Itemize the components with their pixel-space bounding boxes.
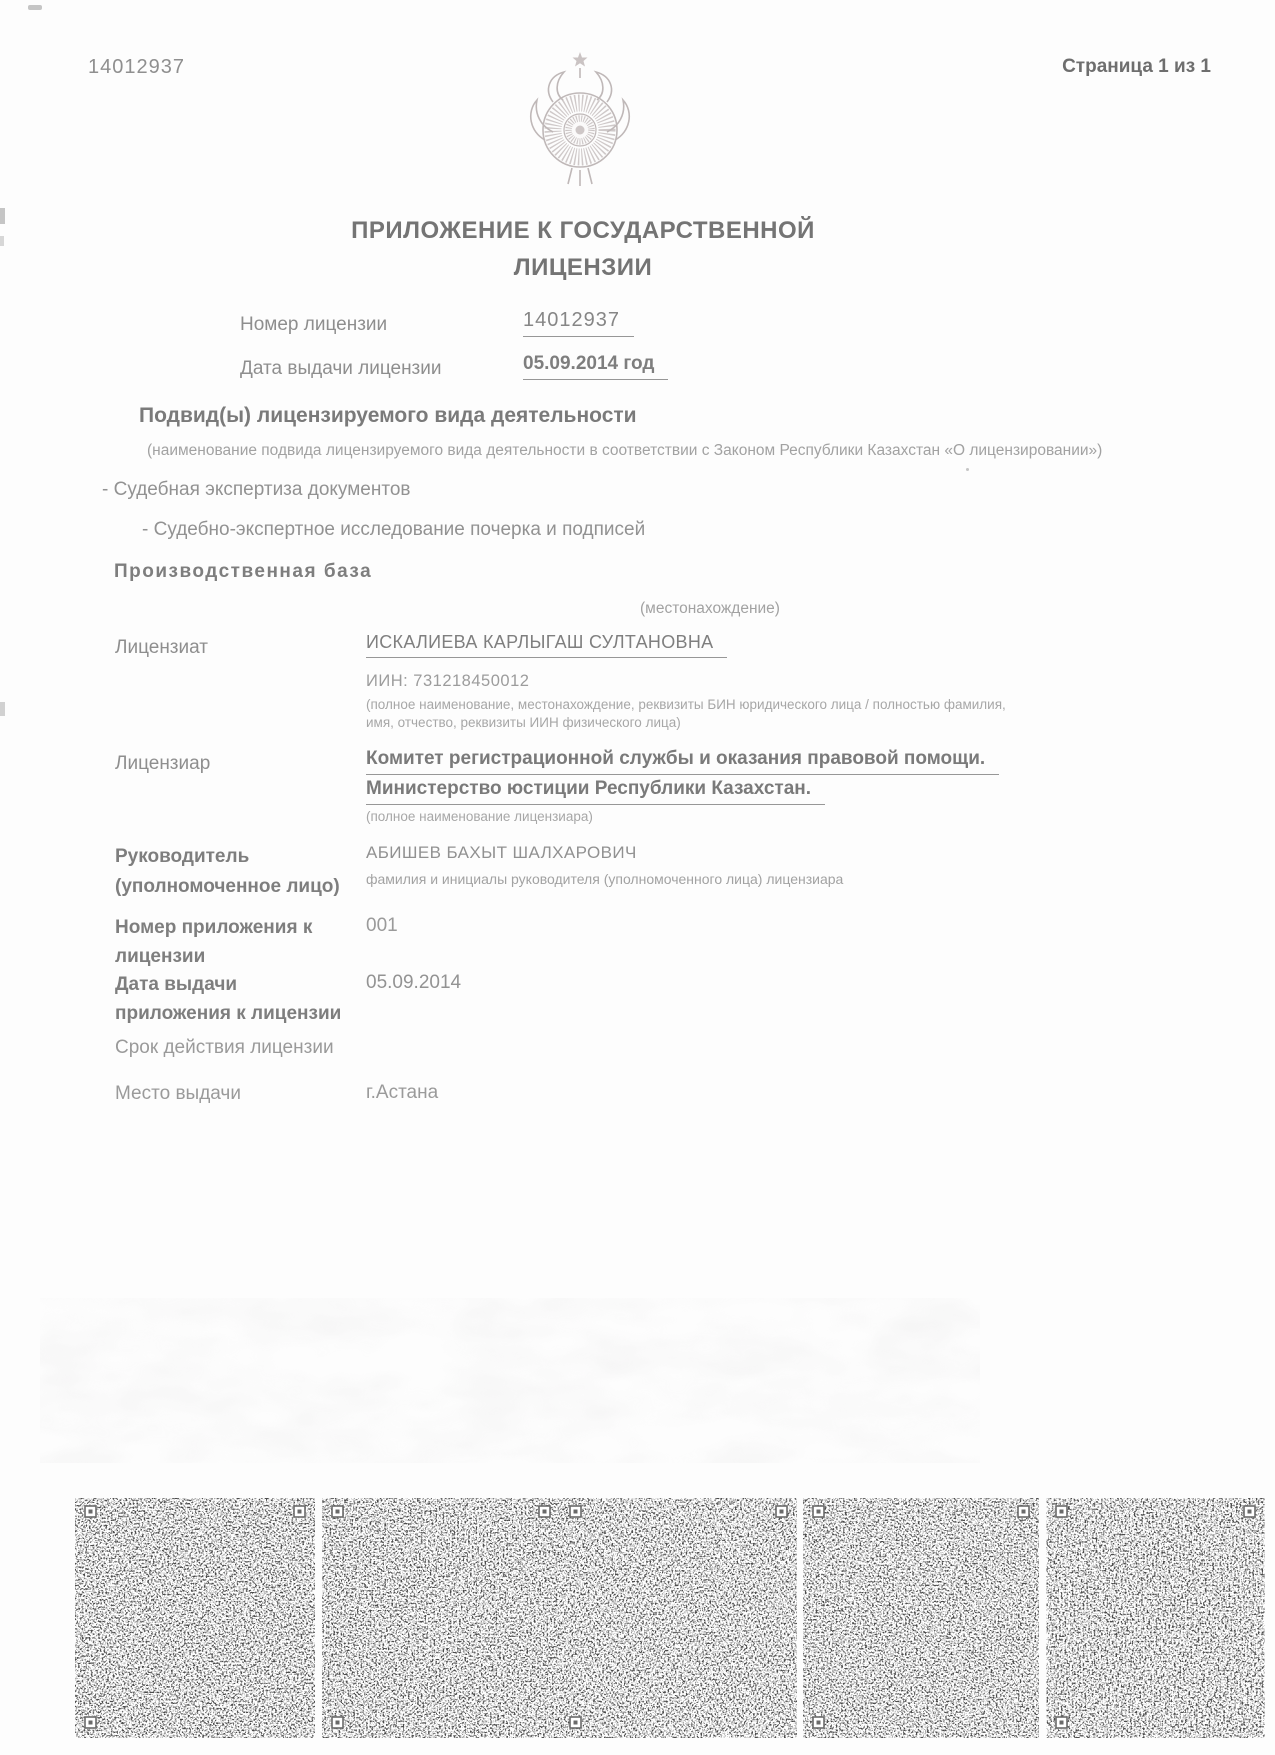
- issue-place-label: Место выдачи: [115, 1082, 241, 1107]
- head-label-line1: Руководитель: [115, 842, 249, 871]
- head-name: АБИШЕВ БАХЫТ ШАЛХАРОВИЧ: [366, 843, 637, 863]
- attachment-date-value: 05.09.2014: [366, 972, 461, 994]
- page-indicator: Страница 1 из 1: [1062, 56, 1211, 78]
- scan-artifact: [28, 5, 42, 10]
- scan-noise-band: [40, 1298, 980, 1463]
- licensee-note-line2: имя, отчество, реквизиты ИИН физического…: [366, 714, 681, 732]
- licensee-iin: ИИН: 731218450012: [366, 672, 529, 691]
- document-title: ПРИЛОЖЕНИЕ К ГОСУДАРСТВЕННОЙ ЛИЦЕНЗИИ: [0, 212, 1166, 286]
- subtype-item: - Судебная экспертиза документов: [102, 478, 410, 503]
- licensor-label: Лицензиар: [115, 752, 210, 777]
- attachment-date-label: Дата выдачи приложения к лицензии: [115, 970, 350, 1029]
- doc-number: 14012937: [88, 56, 185, 79]
- document-title-line2: ЛИЦЕНЗИИ: [0, 249, 1166, 286]
- qr-noise-block: [1053, 1503, 1258, 1731]
- qr-noise-block: [810, 1503, 1032, 1731]
- document-title-line1: ПРИЛОЖЕНИЕ К ГОСУДАРСТВЕННОЙ: [0, 212, 1166, 249]
- kazakhstan-coat-of-arms-icon: [514, 48, 646, 190]
- head-note: фамилия и инициалы руководителя (уполном…: [366, 871, 843, 887]
- scanned-license-attachment-page: 14012937 Страница 1 из 1 ПРИЛОЖЕНИЕ К ГО…: [0, 0, 1275, 1755]
- barcode-strip: [0, 1498, 1275, 1743]
- licensor-name-line1: Комитет регистрационной службы и оказани…: [366, 748, 999, 775]
- location-note: (местонахождение): [640, 600, 780, 618]
- subtype-section-note: (наименование подвида лицензируемого вид…: [147, 442, 1102, 460]
- license-issue-date-label: Дата выдачи лицензии: [240, 357, 442, 382]
- validity-label: Срок действия лицензии: [115, 1036, 334, 1061]
- attachment-number-label: Номер приложения к лицензии: [115, 913, 350, 972]
- subtype-item: - Судебно-экспертное исследование почерк…: [142, 518, 645, 543]
- license-issue-date-value: 05.09.2014 год: [523, 353, 668, 380]
- licensor-name-line2: Министерство юстиции Республики Казахста…: [366, 778, 825, 805]
- scan-artifact: [966, 468, 969, 471]
- head-label-line2: (уполномоченное лицо): [115, 872, 340, 901]
- licensee-note-line1: (полное наименование, местонахождение, р…: [366, 696, 1006, 714]
- license-number-value: 14012937: [523, 309, 634, 337]
- attachment-number-value: 001: [366, 915, 398, 937]
- licensee-label: Лицензиат: [115, 636, 208, 661]
- license-number-label: Номер лицензии: [240, 313, 387, 338]
- licensor-note: (полное наименование лицензиара): [366, 808, 593, 826]
- qr-noise-block: [82, 1503, 308, 1731]
- scan-artifact: [0, 702, 5, 716]
- issue-place-value: г.Астана: [366, 1082, 438, 1104]
- qr-noise-block: [329, 1503, 553, 1731]
- qr-noise-block: [567, 1503, 790, 1731]
- production-base-label: Производственная база: [114, 560, 372, 585]
- licensee-name: ИСКАЛИЕВА КАРЛЫГАШ СУЛТАНОВНА: [366, 632, 727, 658]
- subtype-section-header: Подвид(ы) лицензируемого вида деятельнос…: [139, 404, 637, 428]
